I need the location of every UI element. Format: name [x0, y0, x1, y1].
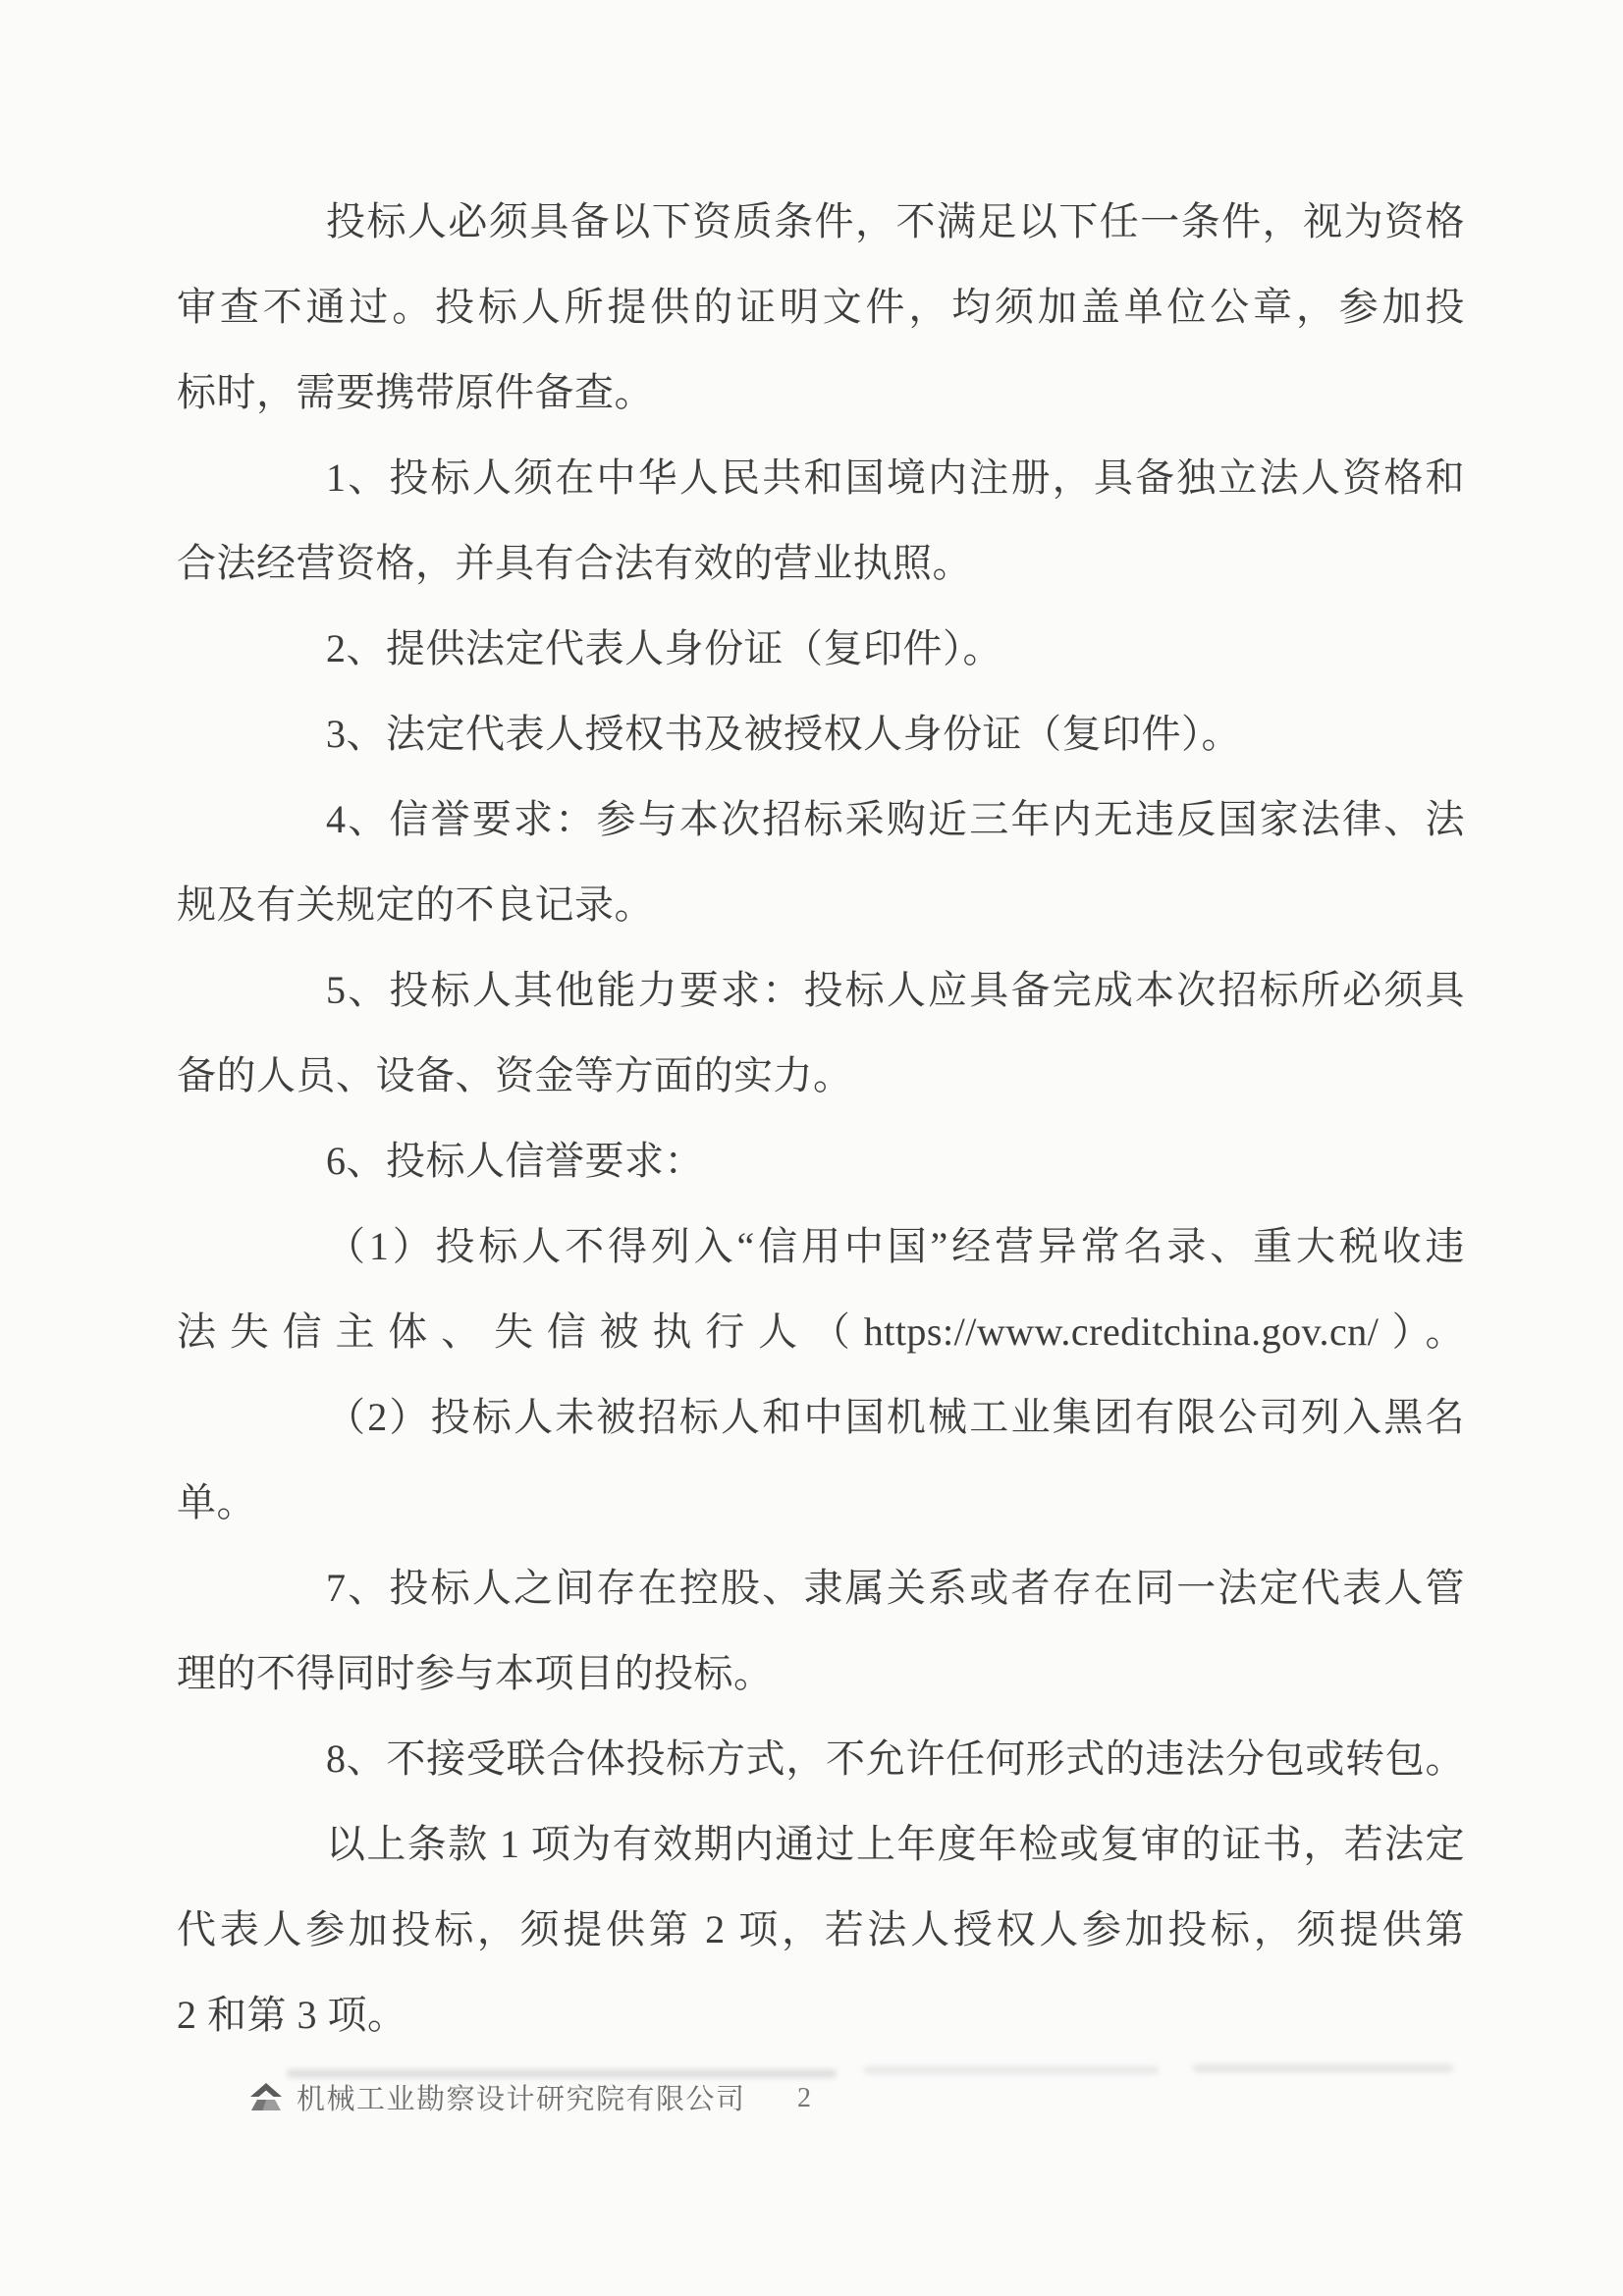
footer-company-name: 机械工业勘察设计研究院有限公司: [297, 2077, 746, 2117]
para-6-line-1: 5、投标人其他能力要求：投标人应具备完成本次招标所必须具: [177, 947, 1465, 1033]
para-10-line-1: 7、投标人之间存在控股、隶属关系或者存在同一法定代表人管: [177, 1545, 1465, 1630]
para-11-line-1: 8、不接受联合体投标方式，不允许任何形式的违法分包或转包。: [177, 1716, 1465, 1801]
para-5-line-2: 规及有关规定的不良记录。: [177, 862, 1465, 947]
para-2-line-1: 1、投标人须在中华人民共和国境内注册，具备独立法人资格和: [177, 435, 1465, 520]
para-6-line-2: 备的人员、设备、资金等方面的实力。: [177, 1033, 1465, 1118]
para-10-line-2: 理的不得同时参与本项目的投标。: [177, 1630, 1465, 1716]
para-7-line-1: 6、投标人信誉要求：: [177, 1118, 1465, 1203]
company-logo-icon: [247, 2081, 285, 2114]
scan-smudge-artifact: [864, 2066, 1159, 2074]
para-3-line-1: 2、提供法定代表人身份证（复印件）。: [177, 606, 1465, 691]
para-8-line-1: （1）投标人不得列入“信用中国”经营异常名录、重大税收违: [177, 1203, 1465, 1289]
para-1-line-3: 标时，需要携带原件备查。: [177, 349, 1465, 435]
para-1-line-1: 投标人必须具备以下资质条件，不满足以下任一条件，视为资格: [177, 179, 1465, 264]
para-5-line-1: 4、信誉要求：参与本次招标采购近三年内无违反国家法律、法: [177, 776, 1465, 862]
para-4-line-1: 3、法定代表人授权书及被授权人身份证（复印件）。: [177, 691, 1465, 776]
scan-smudge-artifact: [1193, 2064, 1453, 2072]
para-12-line-2: 代表人参加投标，须提供第 2 项，若法人授权人参加投标，须提供第: [177, 1887, 1465, 1972]
para-12-line-1: 以上条款 1 项为有效期内通过上年度年检或复审的证书，若法定: [177, 1801, 1465, 1887]
para-2-line-2: 合法经营资格，并具有合法有效的营业执照。: [177, 520, 1465, 606]
document-body: 投标人必须具备以下资质条件，不满足以下任一条件，视为资格 审查不通过。投标人所提…: [177, 179, 1465, 2057]
para-9-line-2: 单。: [177, 1460, 1465, 1545]
document-page: 投标人必须具备以下资质条件，不满足以下任一条件，视为资格 审查不通过。投标人所提…: [0, 0, 1623, 2296]
para-1-line-2: 审查不通过。投标人所提供的证明文件，均须加盖单位公章，参加投: [177, 264, 1465, 349]
page-footer: 机械工业勘察设计研究院有限公司: [247, 2077, 746, 2117]
para-12-line-3: 2 和第 3 项。: [177, 1972, 1465, 2057]
para-9-line-1: （2）投标人未被招标人和中国机械工业集团有限公司列入黑名: [177, 1374, 1465, 1460]
para-8-line-2: 法失信主体、失信被执行人（https://www.creditchina.gov…: [177, 1289, 1465, 1374]
page-number: 2: [797, 2083, 811, 2114]
